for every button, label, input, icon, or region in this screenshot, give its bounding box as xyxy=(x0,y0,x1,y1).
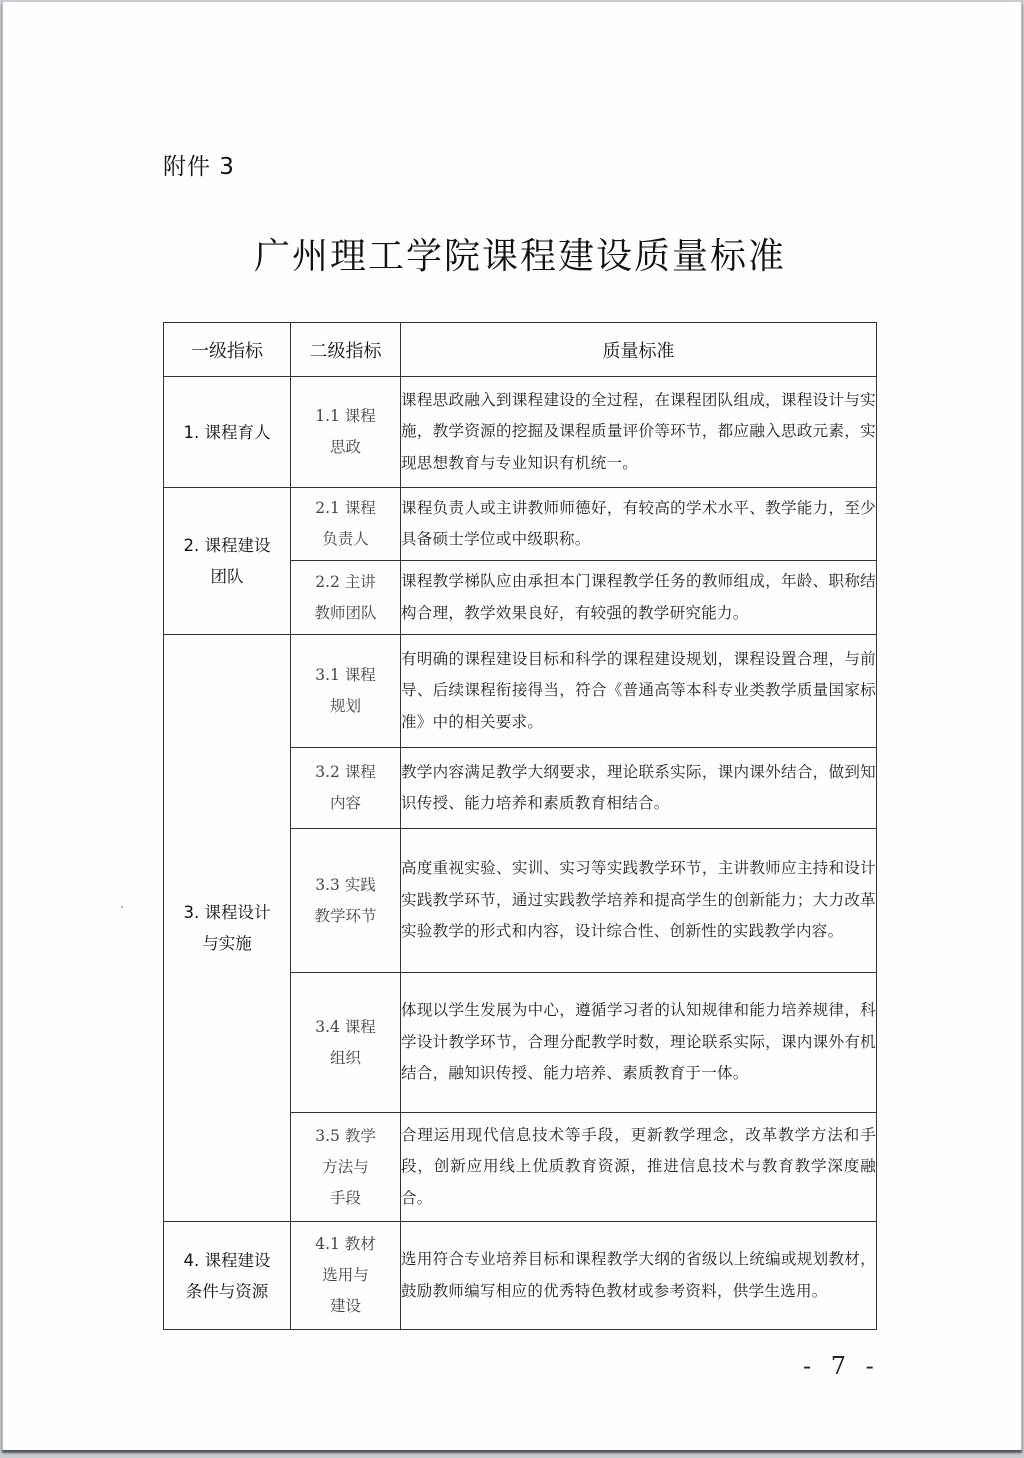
quality-standards-table: 一级指标 二级指标 质量标准 1. 课程育人 1.1 课程 思政 课程思政融入到… xyxy=(163,322,877,1330)
standard-cell: 选用符合专业培养目标和课程教学大纲的省级以上统编或规划教材，鼓励教师编写相应的优… xyxy=(401,1222,877,1330)
standard-cell: 课程教学梯队应由承担本门课程教学任务的教师组成，年龄、职称结构合理，教学效果良好… xyxy=(401,561,877,635)
header-level2: 二级指标 xyxy=(291,323,401,377)
page-title: 广州理工学院课程建设质量标准 xyxy=(3,228,1024,279)
level1-cell: 1. 课程育人 xyxy=(164,377,291,488)
level1-cell: 3. 课程设计 与实施 xyxy=(164,635,291,1222)
level2-cell: 2.1 课程 负责人 xyxy=(291,488,401,561)
standard-cell: 有明确的课程建设目标和科学的课程建设规划，课程设置合理，与前导、后续课程衔接得当… xyxy=(401,635,877,748)
attachment-label: 附件 3 xyxy=(163,148,235,181)
level2-cell: 1.1 课程 思政 xyxy=(291,377,401,488)
standard-cell: 合理运用现代信息技术等手段，更新教学理念，改革教学方法和手段，创新应用线上优质教… xyxy=(401,1113,877,1222)
level1-cell: 4. 课程建设 条件与资源 xyxy=(164,1222,291,1330)
header-standard: 质量标准 xyxy=(401,323,877,377)
standard-cell: 体现以学生发展为中心，遵循学习者的认知规律和能力培养规律，科学设计教学环节，合理… xyxy=(401,973,877,1113)
header-level1: 一级指标 xyxy=(164,323,291,377)
table-header-row: 一级指标 二级指标 质量标准 xyxy=(164,323,877,377)
standard-cell: 教学内容满足教学大纲要求，理论联系实际，课内课外结合，做到知识传授、能力培养和素… xyxy=(401,748,877,829)
level2-cell: 3.4 课程 组织 xyxy=(291,973,401,1113)
page-number: - 7 - xyxy=(803,1352,880,1380)
level2-cell: 4.1 教材 选用与 建设 xyxy=(291,1222,401,1330)
level2-cell: 3.5 教学 方法与 手段 xyxy=(291,1113,401,1222)
scan-speck xyxy=(121,906,123,908)
document-page: 附件 3 广州理工学院课程建设质量标准 一级指标 二级指标 质量标准 1. 课程… xyxy=(2,2,1022,1450)
level2-cell: 3.3 实践 教学环节 xyxy=(291,829,401,973)
table-row: 3. 课程设计 与实施 3.1 课程 规划 有明确的课程建设目标和科学的课程建设… xyxy=(164,635,877,748)
standard-cell: 高度重视实验、实训、实习等实践教学环节，主讲教师应主持和设计实践教学环节，通过实… xyxy=(401,829,877,973)
standard-cell: 课程思政融入到课程建设的全过程，在课程团队组成，课程设计与实施，教学资源的挖掘及… xyxy=(401,377,877,488)
level2-cell: 2.2 主讲 教师团队 xyxy=(291,561,401,635)
table-row: 4. 课程建设 条件与资源 4.1 教材 选用与 建设 选用符合专业培养目标和课… xyxy=(164,1222,877,1330)
table-row: 2. 课程建设 团队 2.1 课程 负责人 课程负责人或主讲教师师德好，有较高的… xyxy=(164,488,877,561)
level2-cell: 3.2 课程 内容 xyxy=(291,748,401,829)
level2-cell: 3.1 课程 规划 xyxy=(291,635,401,748)
level1-cell: 2. 课程建设 团队 xyxy=(164,488,291,635)
standard-cell: 课程负责人或主讲教师师德好，有较高的学术水平、教学能力，至少具备硕士学位或中级职… xyxy=(401,488,877,561)
table-row: 1. 课程育人 1.1 课程 思政 课程思政融入到课程建设的全过程，在课程团队组… xyxy=(164,377,877,488)
